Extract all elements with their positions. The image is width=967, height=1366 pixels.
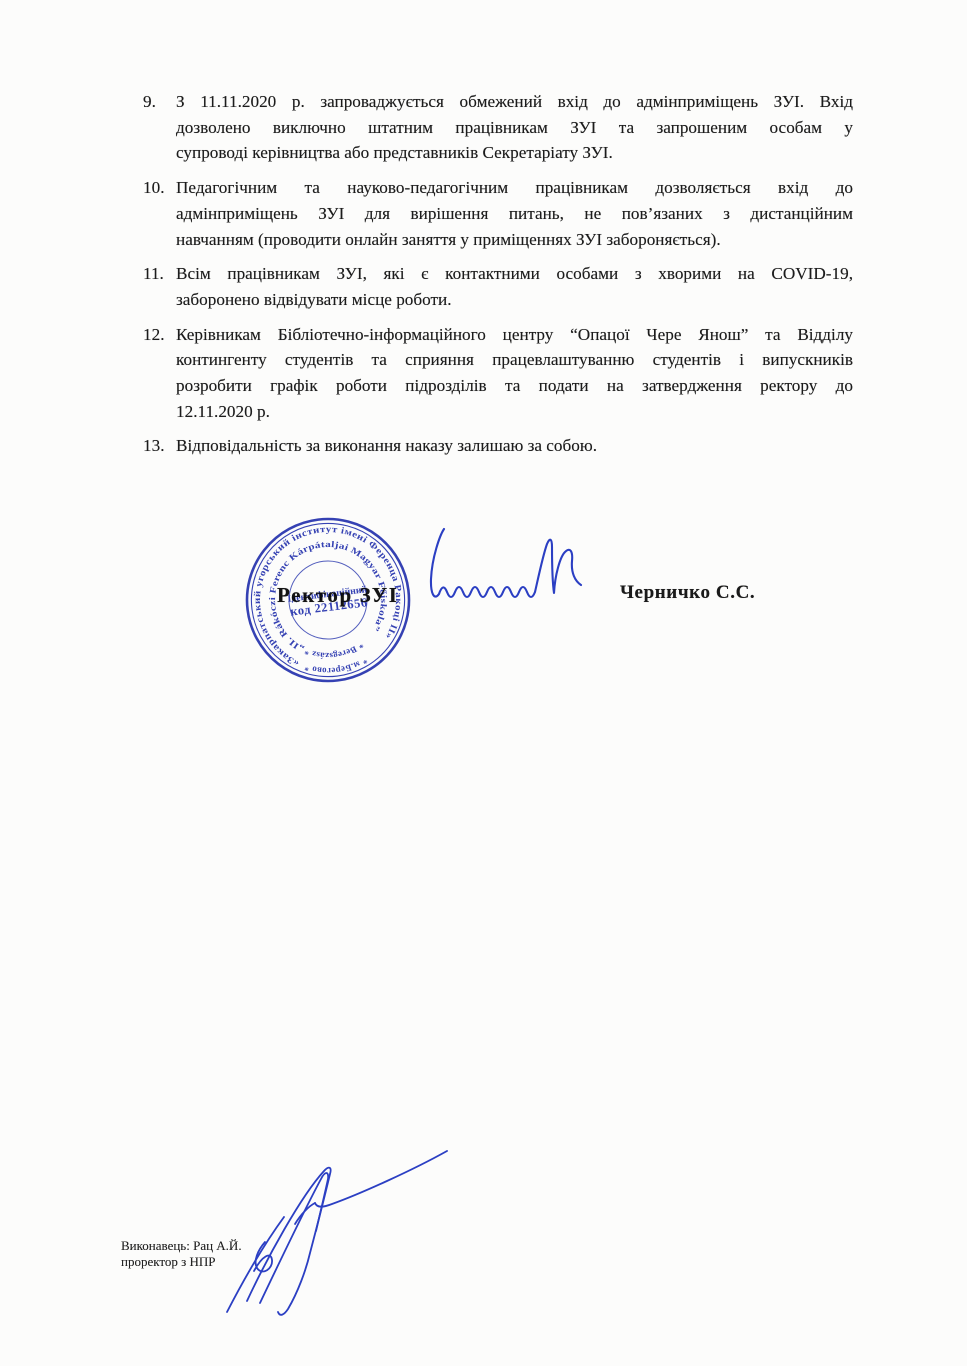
executor-signature-ink	[225, 1140, 470, 1320]
order-item-11: 11. Всім працівникам ЗУІ, які є контактн…	[143, 261, 853, 312]
executor-name-line: Виконавець: Рац А.Й.	[121, 1238, 242, 1254]
item-line: навчанням (проводити онлайн заняття у пр…	[176, 227, 853, 253]
item-number: 11.	[143, 261, 164, 287]
item-number: 12.	[143, 322, 164, 348]
executor-title-line: проректор з НПР	[121, 1254, 242, 1270]
item-line: Педагогічним та науково-педагогічним пра…	[176, 175, 853, 201]
item-line: супроводі керівництва або представників …	[176, 140, 853, 166]
rector-signature-ink	[413, 513, 593, 621]
item-line: адмінприміщень ЗУІ для вирішення питань,…	[176, 201, 853, 227]
scanned-order-page: 9. З 11.11.2020 р. запроваджується обмеж…	[0, 0, 967, 1366]
item-number: 10.	[143, 175, 164, 201]
item-line: Всім працівникам ЗУІ, які є контактними …	[176, 261, 853, 287]
item-number: 9.	[143, 89, 156, 115]
item-number: 13.	[143, 433, 164, 459]
institution-seal-stamp: «Закарпатський угорський інститут імені …	[243, 515, 413, 685]
order-item-13: 13. Відповідальність за виконання наказу…	[143, 433, 853, 459]
item-line: дозволено виключно штатним працівникам З…	[176, 115, 853, 141]
item-line: Відповідальність за виконання наказу зал…	[176, 433, 853, 459]
order-item-10: 10. Педагогічним та науково-педагогічним…	[143, 175, 853, 252]
item-line: контингенту студентів та сприяння працев…	[176, 347, 853, 373]
executor-caption: Виконавець: Рац А.Й. проректор з НПР	[121, 1238, 242, 1270]
item-line: 12.11.2020 р.	[176, 399, 853, 425]
signer-name: Черничко С.С.	[620, 582, 755, 604]
order-item-9: 9. З 11.11.2020 р. запроваджується обмеж…	[143, 89, 853, 166]
item-line: З 11.11.2020 р. запроваджується обмежени…	[176, 89, 853, 115]
item-line: розробити графік роботи підрозділів та п…	[176, 373, 853, 399]
item-line: заборонено відвідувати місце роботи.	[176, 287, 853, 313]
order-item-12: 12. Керівникам Бібліотечно-інформаційног…	[143, 322, 853, 425]
order-items-list: 9. З 11.11.2020 р. запроваджується обмеж…	[143, 89, 853, 468]
item-line: Керівникам Бібліотечно-інформаційного це…	[176, 322, 853, 348]
